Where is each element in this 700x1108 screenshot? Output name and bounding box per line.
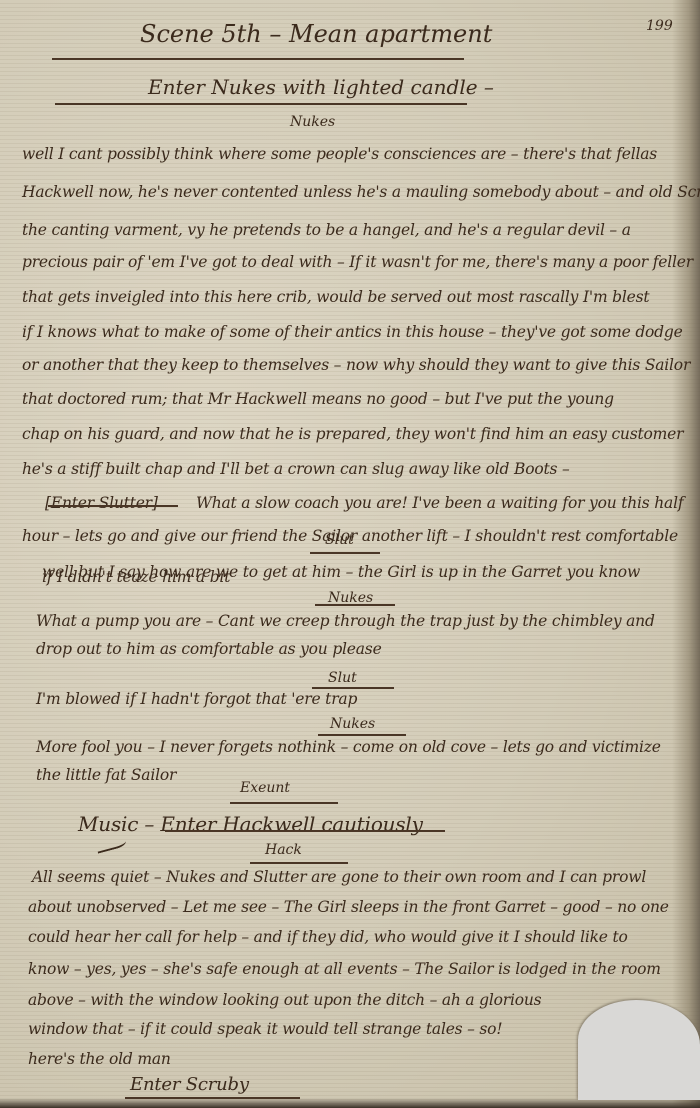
opening-stage-direction: Enter Nukes with lighted candle – [148,75,494,99]
text-line: All seems quiet – Nukes and Slutter are … [32,868,646,886]
text-line: precious pair of 'em I've got to deal wi… [22,253,693,271]
speaker-underline [310,552,380,554]
text-line: window that – if it could speak it would… [28,1020,502,1038]
direction-underline [125,1097,300,1099]
speaker-label: Slut [325,532,354,548]
text-line: above – with the window looking out upon… [28,991,541,1009]
text-line: Hackwell now, he's never contented unles… [22,183,700,201]
text-line: here's the old man [28,1050,171,1068]
text-line: well but I say how are we to get at him … [42,563,640,581]
text-line: drop out to him as comfortable as you pl… [36,640,382,658]
text-line: that doctored rum; that Mr Hackwell mean… [22,390,614,408]
stage-direction: [Enter Slutter] [45,494,158,512]
direction-underline [165,830,445,832]
text-line: that gets inveigled into this here crib,… [22,288,649,306]
speaker-underline [318,734,406,736]
torn-corner [578,1000,700,1100]
stage-direction: Exeunt [240,780,290,796]
text-line: or another that they keep to themselves … [22,356,690,374]
speaker-label: Nukes [330,716,375,732]
manuscript-page: 199 Scene 5th – Mean apartment Enter Nuk… [0,0,700,1108]
speaker-label: Nukes [290,114,335,130]
text-line: chap on his guard, and now that he is pr… [22,425,683,443]
text-line: the canting varment, vy he pretends to b… [22,221,631,239]
text-line: What a slow coach you are! I've been a w… [196,494,683,512]
page-binding-edge [672,0,700,1108]
stage-direction: Enter Scruby [130,1074,249,1095]
text-line: What a pump you are – Cant we creep thro… [36,612,655,630]
speaker-underline [315,604,395,606]
text-line: the little fat Sailor [36,766,176,784]
direction-underline [55,103,467,105]
speaker-underline [250,862,348,864]
check-mark [95,834,127,853]
scene-heading: Scene 5th – Mean apartment [140,20,492,48]
direction-underline [48,505,178,507]
speaker-label: Hack [265,842,302,858]
stage-direction: Music – Enter Hackwell cautiously [78,812,423,836]
speaker-label: Slut [328,670,357,686]
text-line: I'm blowed if I hadn't forgot that 'ere … [36,690,357,708]
speaker-underline [312,687,394,689]
text-line: know – yes, yes – she's safe enough at a… [28,960,661,978]
text-line: about unobserved – Let me see – The Girl… [28,898,669,916]
text-line: if I knows what to make of some of their… [22,323,683,341]
text-line: he's a stiff built chap and I'll bet a c… [22,460,570,478]
text-line: could hear her call for help – and if th… [28,928,628,946]
heading-underline [52,58,464,60]
text-line: well I cant possibly think where some pe… [22,145,657,163]
text-line: More fool you – I never forgets nothink … [36,738,661,756]
page-number: 199 [646,18,673,34]
direction-underline [230,802,338,804]
